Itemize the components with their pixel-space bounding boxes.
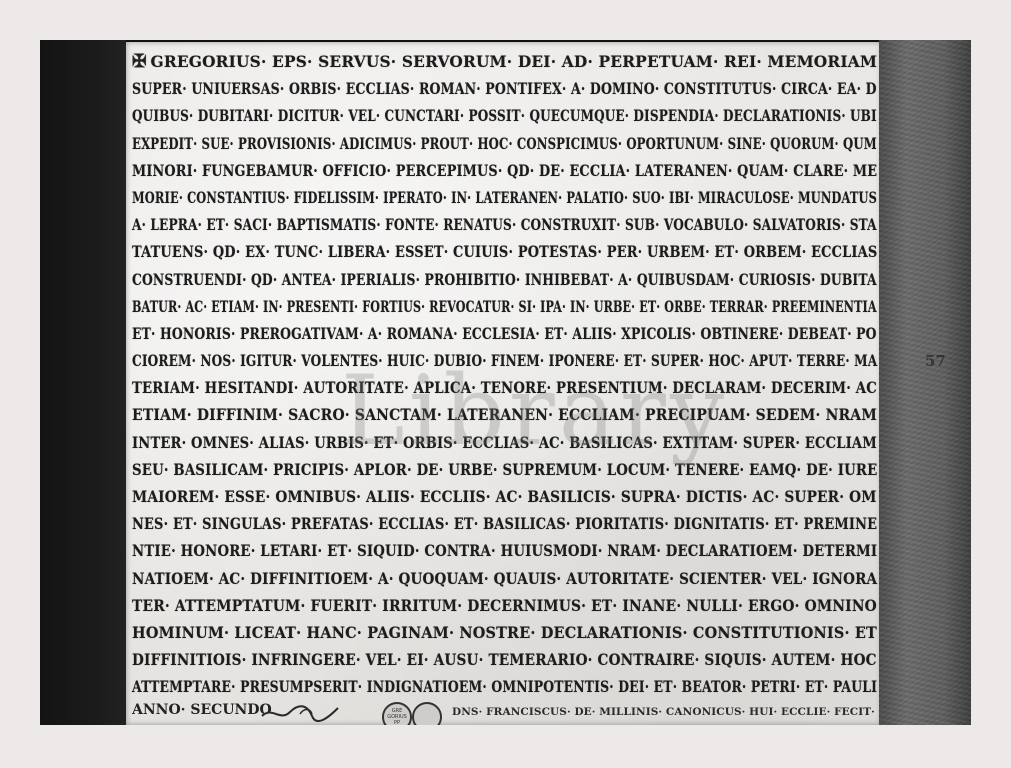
inscription-line: A· LEPRA· ET· SACI· BAPTISMATIS· FONTE· …	[132, 211, 877, 238]
closing-line: ANNO· SECUNDO	[132, 702, 272, 718]
stone-number: 57	[925, 352, 946, 370]
inscription-line: INTER· OMNES· ALIAS· URBIS· ET· ORBIS· E…	[132, 429, 877, 456]
inscription-line: CIOREM· NOS· IGITUR· VOLENTES· HUIC· DUB…	[132, 347, 877, 374]
inscription-line: EXPEDIT· SUE· PROVISIONIS· ADICIMUS· PRO…	[132, 130, 877, 157]
papal-seal-icon: GRE GORIUS PP	[382, 702, 412, 725]
inscription-line: QUIBUS· DUBITARI· DICITUR· VEL· CUNCTARI…	[132, 102, 877, 129]
dark-left-band	[40, 40, 126, 725]
inscription-line: SUPER· UNIUERSAS· ORBIS· ECCLIAS· ROMAN·…	[132, 75, 877, 102]
inscription-line: CONSTRUENDI· QD· ANTEA· IPERIALIS· PROHI…	[132, 266, 877, 293]
flourish-ornament-icon	[260, 704, 340, 722]
inscription-line: TERIAM· HESITANDI· AUTORITATE· APLICA· T…	[132, 374, 877, 401]
inscription-line: NTIE· HONORE· LETARI· ET· SIQUID· CONTRA…	[132, 537, 877, 564]
inscription-line: BATUR· AC· ETIAM· IN· PRESENTI· FORTIUS·…	[132, 293, 877, 320]
stone-wall-right: 57	[879, 40, 971, 725]
inscription-line: NES· ET· SINGULAS· PREFATAS· ECCLIAS· ET…	[132, 510, 877, 537]
inscription-tablet: ✠GREGORIUS· EPS· SERVUS· SERVORUM· DEI· …	[126, 42, 881, 725]
inscription-lines: ✠GREGORIUS· EPS· SERVUS· SERVORUM· DEI· …	[132, 48, 877, 701]
inscription-photograph: ✠GREGORIUS· EPS· SERVUS· SERVORUM· DEI· …	[40, 40, 971, 725]
inscription-line: DIFFINITIOIS· INFRINGERE· VEL· EI· AUSU·…	[132, 646, 877, 673]
inscription-line: ✠GREGORIUS· EPS· SERVUS· SERVORUM· DEI· …	[132, 48, 877, 75]
cross-icon: ✠	[132, 48, 147, 75]
inscription-line: MINORI· FUNGEBAMUR· OFFICIO· PERCEPIMUS·…	[132, 157, 877, 184]
inscription-line: MAIOREM· ESSE· OMNIBUS· ALIIS· ECCLIIS· …	[132, 483, 877, 510]
inscription-line: NATIOEM· AC· DIFFINITIOEM· A· QUOQUAM· Q…	[132, 565, 877, 592]
inscription-line: SEU· BASILICAM· PRICIPIS· APLOR· DE· URB…	[132, 456, 877, 483]
seal-portrait-icon	[412, 702, 442, 725]
inscription-line: ETIAM· DIFFINIM· SACRO· SANCTAM· LATERAN…	[132, 401, 877, 428]
inscription-line: TER· ATTEMPTATUM· FUERIT· IRRITUM· DECER…	[132, 592, 877, 619]
inscription-line: HOMINUM· LICEAT· HANC· PAGINAM· NOSTRE· …	[132, 619, 877, 646]
inscription-line: TATUENS· QD· EX· TUNC· LIBERA· ESSET· CU…	[132, 238, 877, 265]
inscription-line: ET· HONORIS· PREROGATIVAM· A· ROMANA· EC…	[132, 320, 877, 347]
inscription-footer: ANNO· SECUNDO GRE GORIUS PP DNS· FRANCIS…	[132, 702, 877, 725]
inscription-line: MORIE· CONSTANTIUS· FIDELISSIM· IPERATO·…	[132, 184, 877, 211]
inscription-line: ATTEMPTARE· PRESUMPSERIT· INDIGNATIOEM· …	[132, 673, 877, 700]
